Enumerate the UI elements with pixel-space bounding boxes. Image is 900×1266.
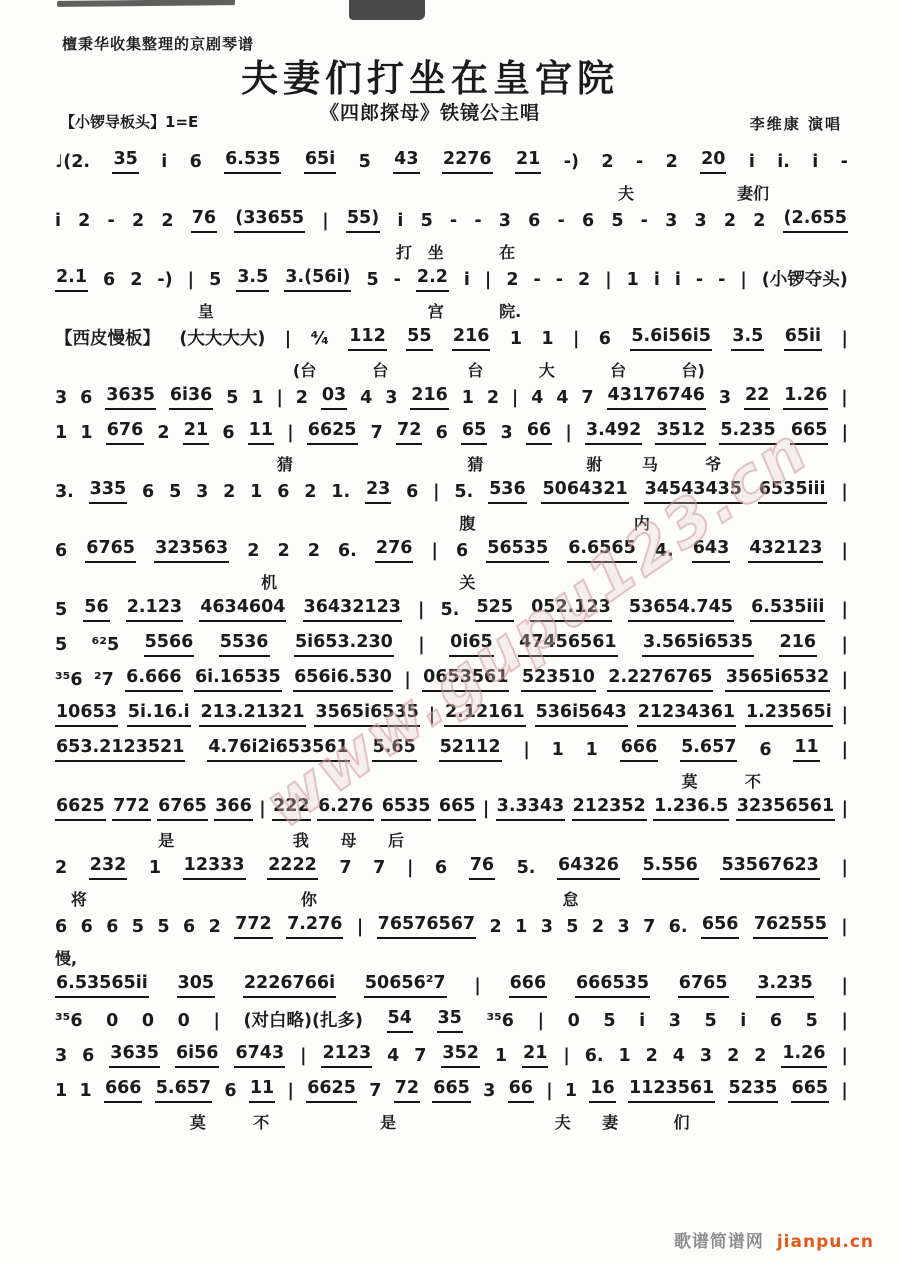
notes-token: | [429, 703, 435, 727]
notes-token: 3 [665, 209, 677, 233]
notation-line: 2232112333222277|6765.643265.55653567623… [55, 854, 848, 880]
notes-token: 3.565i6535 [642, 630, 754, 657]
lyric-syllable: 你 [301, 887, 317, 910]
lyric-syllable: 机 [261, 570, 277, 593]
notes-token: 3 [719, 386, 731, 410]
lyric-syllable: 将 [71, 887, 87, 910]
notes-token: 5 [359, 150, 371, 174]
notes-token: 2 [209, 915, 221, 939]
notes-token: 20 [700, 147, 726, 174]
lyric-line: 猜猜驸马爷 [55, 454, 848, 474]
notes-token: | [213, 1009, 219, 1033]
notes-token: i [654, 268, 660, 292]
notes-token: 32356561 [736, 794, 835, 821]
notes-token: | [605, 268, 611, 292]
lyric-syllable: 驸 [586, 452, 602, 475]
notes-token: 5235 [728, 1076, 779, 1103]
notes-token: 6765 [85, 536, 136, 563]
notes-token: 6i56 [175, 1041, 220, 1068]
notes-token: i [464, 268, 470, 292]
footer-site-name: 歌谱简谱网 [674, 1232, 764, 1252]
notes-token: | [841, 915, 847, 939]
notes-token: i [397, 209, 403, 233]
notes-token: 665 [432, 1076, 471, 1103]
notes-token: 2 [304, 480, 316, 504]
notes-token: 21 [522, 1041, 548, 1068]
notation-line: 3.33565321621.236|5.53650643213454343565… [55, 478, 848, 504]
notes-token: 1.23565i [745, 700, 833, 727]
notes-token: | [433, 480, 439, 504]
notes-token: (33655 [234, 206, 305, 233]
notes-token: 4 [531, 386, 543, 410]
lyric-syllable: 妻们 [737, 181, 769, 204]
notes-token: ⁶²5 [92, 633, 120, 657]
notes-token: 6 [222, 421, 234, 445]
notes-token: 643 [692, 536, 731, 563]
notes-token: 2 [506, 268, 518, 292]
notes-token: 7.276 [286, 912, 343, 939]
notes-token: 6 [406, 480, 418, 504]
notes-token: 2 [223, 480, 235, 504]
notes-token: 2 [727, 1044, 739, 1068]
notes-token: | [841, 974, 847, 998]
notes-token: 112 [348, 324, 387, 351]
notes-token: - [696, 268, 703, 292]
notes-token: 6 [80, 386, 92, 410]
notes-token: 2 [601, 150, 613, 174]
notes-token: | [418, 598, 424, 622]
notes-token: 6.6565 [567, 536, 637, 563]
notes-token: 5.657 [155, 1076, 212, 1103]
notes-token: 6 [770, 1009, 782, 1033]
notes-token: 3 [541, 915, 553, 939]
lyric-syllable: 台) [681, 358, 704, 381]
notes-token: i. [777, 150, 790, 174]
notes-token: 1 [55, 421, 67, 445]
notes-token: 6. [669, 915, 688, 939]
notes-token: | [276, 386, 282, 410]
notes-token: 53567623 [720, 853, 819, 880]
lyric-syllable: 台 [467, 358, 483, 381]
notes-token: 5064321 [541, 477, 628, 504]
notes-token: 6625 [55, 794, 106, 821]
notes-token: 76576567 [377, 912, 476, 939]
notes-token: 2 [247, 539, 259, 563]
notes-token: 66 [526, 418, 552, 445]
notes-token: ³⁵6 [486, 1009, 514, 1033]
notes-token: | [841, 856, 847, 880]
notes-token: - [641, 209, 648, 233]
notes-token: 5536 [219, 630, 270, 657]
notes-token: 1 [510, 327, 522, 351]
notes-token: 2 [308, 539, 320, 563]
notes-token: 55 [406, 324, 432, 351]
notes-token: 5 [421, 209, 433, 233]
notes-token: 6 [82, 1044, 94, 1068]
notes-token: | [842, 633, 848, 657]
notes-token: | [841, 480, 847, 504]
notation-line: 5562.123463460436432123|5.525052.1235365… [55, 596, 848, 622]
notes-token: 2.2276765 [607, 665, 713, 692]
notes-token: 56535 [486, 536, 549, 563]
notes-token: 7 [643, 915, 655, 939]
notes-token: | [259, 797, 265, 821]
notes-token: | [546, 1079, 552, 1103]
notes-token: 5.65 [372, 735, 417, 762]
notes-token: 665 [790, 418, 829, 445]
lyric-syllable: 母 [340, 828, 356, 851]
notes-token: 5 [169, 480, 181, 504]
lyric-line: 夫妻们 [55, 183, 848, 203]
notes-token: (小锣夺头) [762, 268, 848, 292]
footer-site-credit: 歌谱简谱网 jianpu.cn [674, 1227, 874, 1252]
notes-token: 0 [106, 1009, 118, 1033]
notes-token: 6625 [307, 418, 358, 445]
notes-token: 7 [369, 1079, 381, 1103]
notes-token: 335 [89, 477, 128, 504]
notes-token: 5 [566, 915, 578, 939]
notes-token: 5 [209, 268, 221, 292]
notes-token: 11 [248, 418, 274, 445]
lyric-syllable: 们 [674, 1110, 690, 1133]
notes-token: 3.5 [236, 265, 269, 292]
notes-token: 1 [250, 480, 262, 504]
notes-token: (对白略)(扎多) [243, 1009, 363, 1033]
notes-token: | [538, 1009, 544, 1033]
notes-token: 5i.16.i [127, 700, 191, 727]
notes-token: 432123 [748, 536, 823, 563]
sheet-page: 檀秉华收集整理的京剧琴谱 夫妻们打坐在皇宫院 《四郎探母》铁镜公主唱 【小锣导板… [0, 0, 900, 1266]
notes-token: 1 [149, 856, 161, 880]
notes-token: 2 [132, 209, 144, 233]
notes-token: 23 [365, 477, 391, 504]
notes-token: 3. [55, 480, 74, 504]
notes-token: 666 [620, 735, 659, 762]
lyric-line: 皇宫院. [55, 301, 848, 321]
notes-token: 2 [55, 856, 67, 880]
notes-token: 7 [373, 856, 385, 880]
notes-token: 6.666 [125, 665, 182, 692]
notes-token: 2.2 [416, 265, 449, 292]
notes-token: 7 [414, 1044, 426, 1068]
notes-token: 5 [366, 268, 378, 292]
notes-token: 305 [177, 971, 216, 998]
notes-token: 4 [387, 1044, 399, 1068]
notes-token: 2 [724, 209, 736, 233]
lyric-syllable: 内 [634, 511, 650, 534]
notes-token: - [534, 268, 541, 292]
lyric-syllable: 台 [372, 358, 388, 381]
notes-token: 50656²7 [364, 971, 447, 998]
notes-token: 21234361 [637, 700, 736, 727]
notes-token: - [556, 268, 563, 292]
notes-token: 2123 [321, 1041, 372, 1068]
notes-token: 6 [183, 915, 195, 939]
notes-token: 66 [508, 1076, 534, 1103]
notes-token: 03 [321, 383, 347, 410]
notes-token: 6 [528, 209, 540, 233]
notes-token: 6535iii [758, 477, 827, 504]
lyric-syllable: 马 [642, 452, 658, 475]
lyric-line: 莫不是夫妻们 [55, 1112, 848, 1132]
notes-token: 3 [196, 480, 208, 504]
notation-line: 116665.657611|6625772665366|116112356152… [55, 1077, 848, 1103]
notes-token: 216 [452, 324, 491, 351]
notes-token: | [485, 268, 491, 292]
notes-token: 5566 [144, 630, 195, 657]
notes-token: 5 [55, 633, 67, 657]
notes-token: 1123561 [628, 1076, 715, 1103]
notes-token: | [563, 1044, 569, 1068]
lyric-syllable: 院. [499, 299, 521, 322]
notes-token: 6 [142, 480, 154, 504]
score: ♩(2.35i66.53565i543227621-)2-220ii.i-夫妻们… [55, 148, 848, 1136]
notes-token: | [842, 421, 848, 445]
lyric-syllable: 怠 [563, 887, 579, 910]
notes-token: | [188, 268, 194, 292]
notes-token: 3 [385, 386, 397, 410]
notes-token: | [404, 668, 410, 692]
notes-token: 0i65 [449, 630, 494, 657]
lyric-syllable: 猜 [277, 452, 293, 475]
notes-token: 5 [157, 915, 169, 939]
lyric-syllable: 关 [459, 570, 475, 593]
notation-line: ♩(2.35i66.53565i543227621-)2-220ii.i- [55, 148, 848, 174]
notation-line: 3636356i3651|2034321612|447431767463221.… [55, 384, 848, 410]
lyric-line: 腹内 [55, 513, 848, 533]
notes-token: 6 [55, 539, 67, 563]
notes-token: 5 [603, 1009, 615, 1033]
notes-token: 21 [515, 147, 541, 174]
notes-token: (大大大大) [179, 327, 265, 351]
notes-token: 772 [112, 794, 151, 821]
notes-token: 3565i6532 [725, 665, 830, 692]
lyric-line: (台台台大台台) [55, 360, 848, 380]
notes-token: 5.657 [680, 735, 737, 762]
notes-token: 1.26 [781, 1041, 826, 1068]
lyric-syllable: 是 [158, 828, 174, 851]
notes-token: 2226766i [243, 971, 336, 998]
notes-token: 5. [517, 856, 536, 880]
notes-token: 65ii [784, 324, 822, 351]
notes-token: | [842, 738, 848, 762]
lyric-syllable: 夫 [618, 181, 634, 204]
notation-line: 653.21235214.76i2i6535615.6552112|116665… [55, 736, 848, 762]
notes-token: 352 [441, 1041, 480, 1068]
notes-token: 5.556 [642, 853, 699, 880]
notes-token: 36432123 [303, 595, 402, 622]
notes-token: 3 [483, 1079, 495, 1103]
notation-line: i2-2276(33655|55)i5--36-65-3322(2.655 [55, 207, 848, 233]
scan-artifact [57, 0, 235, 7]
lyric-syllable: 爷 [705, 452, 721, 475]
lyric-syllable: 我 [293, 828, 309, 851]
lyric-line: 莫不 [55, 771, 848, 791]
notes-token: 2 [78, 209, 90, 233]
notes-token: 6 [582, 209, 594, 233]
notes-token: 3512 [655, 418, 706, 445]
notes-token: 2 [666, 150, 678, 174]
notes-token: 3 [55, 386, 67, 410]
footer-site-url: jianpu.cn [777, 1232, 874, 1252]
notes-token: 772 [234, 912, 273, 939]
notes-token: - [636, 150, 643, 174]
notes-token: 2 [161, 209, 173, 233]
notes-token: 54 [387, 1006, 413, 1033]
notes-token: 6. [585, 1044, 604, 1068]
notes-token: 1 [80, 421, 92, 445]
notes-token: 2.123 [126, 595, 183, 622]
notes-token: | [288, 1079, 294, 1103]
notes-token: | [573, 327, 579, 351]
notes-token: 65 [461, 418, 487, 445]
notes-token: | [300, 1044, 306, 1068]
notes-token: 6 [103, 268, 115, 292]
notes-token: i [55, 209, 61, 233]
notes-token: 216 [779, 630, 818, 657]
notes-token: 1 [619, 1044, 631, 1068]
lyric-syllable: 莫 [190, 1110, 206, 1133]
notes-token: - [841, 150, 848, 174]
notes-token: 3 [499, 209, 511, 233]
notes-token: 762555 [753, 912, 828, 939]
notes-token: 6765 [157, 794, 208, 821]
notes-token: 6.276 [317, 794, 374, 821]
notes-token: 1 [552, 738, 564, 762]
lyric-syllable: 不 [253, 1110, 269, 1133]
notes-token: 213.21321 [199, 700, 305, 727]
notes-token: 3.(56i) [284, 265, 351, 292]
notes-token: 6765 [678, 971, 729, 998]
notes-token: 12333 [183, 853, 246, 880]
notes-token: 6 [436, 421, 448, 445]
notes-token: 3.492 [585, 418, 642, 445]
notes-token: 656 [701, 912, 740, 939]
notes-token: 3 [700, 1044, 712, 1068]
notes-token: 5 [132, 915, 144, 939]
song-title: 夫妻们打坐在皇宫院 [0, 48, 860, 102]
notes-token: | [740, 268, 746, 292]
notes-token: 5 [55, 598, 67, 622]
notes-token: 536 [488, 477, 527, 504]
notes-token: 666535 [575, 971, 650, 998]
notes-token: | [842, 797, 848, 821]
notes-token: 1.26 [783, 383, 828, 410]
tempo-marking: 【小锣导板头】1=E [60, 111, 198, 132]
notation-line: 66655627727.276|7657656721352376.6567625… [55, 913, 848, 939]
notes-token: 3 [617, 915, 629, 939]
notes-token: 6i.16535 [194, 665, 282, 692]
notes-token: 22 [744, 383, 770, 410]
notation-line: 5⁶²5556655365i653.230|0i65474565613.565i… [55, 631, 848, 657]
notes-token: | [287, 421, 293, 445]
notes-token: 656i6.530 [293, 665, 393, 692]
notes-token: | [322, 209, 328, 233]
notes-token: 16 [589, 1076, 615, 1103]
notes-token: 1.236.5 [653, 794, 729, 821]
notes-token: 6 [55, 915, 67, 939]
notes-token: 35 [112, 147, 138, 174]
notes-token: 5 [806, 1009, 818, 1033]
notes-token: 4. [655, 539, 674, 563]
notation-line: 11676221611|6625772665366|3.49235125.235… [55, 419, 848, 445]
notes-token: 7 [581, 386, 593, 410]
notes-token: 5. [441, 598, 460, 622]
notes-token: i [675, 268, 681, 292]
notes-token: 222 [272, 794, 311, 821]
notes-token: 4 [360, 386, 372, 410]
notes-token: 64326 [557, 853, 620, 880]
notes-token: 4.76i2i653561 [207, 735, 349, 762]
notes-token: | [841, 386, 847, 410]
notes-token: ³⁵6 [55, 668, 83, 692]
notes-token: | [565, 421, 571, 445]
notes-token: 276 [375, 536, 414, 563]
notes-token: 2 [296, 386, 308, 410]
notes-token: 6.53565ii [55, 971, 149, 998]
lyric-line: 打坐在 [55, 242, 848, 262]
notes-token: 5 [705, 1009, 717, 1033]
notes-token: 5.6i56i5 [630, 324, 712, 351]
notes-token: 35 [437, 1006, 463, 1033]
notes-token: | [357, 915, 363, 939]
notes-token: | [474, 974, 480, 998]
notes-token: i [161, 150, 167, 174]
notes-token: 366 [214, 794, 253, 821]
notes-token: 76 [191, 206, 217, 233]
notes-token: 4634604 [199, 595, 286, 622]
lyric-syllable: 不 [745, 769, 761, 792]
notes-token: 665 [791, 1076, 830, 1103]
notes-token: 43176746 [607, 383, 706, 410]
notation-line: 【西皮慢板】(大大大大)|⁴⁄₄1125521611|65.6i56i53.56… [55, 325, 848, 351]
notes-token: 【西皮慢板】 [55, 327, 160, 351]
notes-token: -) [157, 268, 172, 292]
notes-token: 1 [565, 1079, 577, 1103]
lyric-line: 是我母后 [55, 830, 848, 850]
notation-line: 66257726765366|2226.2766535665|3.3343212… [55, 795, 848, 821]
notes-token: 65i [304, 147, 336, 174]
notes-token: 6. [338, 539, 357, 563]
notes-token: 11 [793, 735, 819, 762]
notes-token: 052.123 [530, 595, 612, 622]
notes-token: i [812, 150, 818, 174]
notes-token: 216 [410, 383, 449, 410]
notes-token: 1. [331, 480, 350, 504]
notes-token: 5 [611, 209, 623, 233]
notes-token: 76 [469, 853, 495, 880]
notes-token: ⁴⁄₄ [311, 327, 329, 351]
notes-token: 3565i6535 [314, 700, 419, 727]
notes-token: 525 [475, 595, 514, 622]
notes-token: 6 [190, 150, 202, 174]
notes-token: 2 [753, 209, 765, 233]
notes-token: | [483, 797, 489, 821]
notes-token: | [407, 856, 413, 880]
notes-token: 6743 [234, 1041, 285, 1068]
notes-token: 3635 [109, 1041, 160, 1068]
lyric-syllable: 妻 [602, 1110, 618, 1133]
notes-token: 1 [462, 386, 474, 410]
notes-token: i [740, 1009, 746, 1033]
notes-token: 232 [89, 853, 128, 880]
notes-token: ³⁵6 [55, 1009, 83, 1033]
notes-token: - [474, 209, 481, 233]
lyric-line: 将你怠 [55, 889, 848, 909]
notes-token: 323563 [154, 536, 229, 563]
notes-token: 3 [694, 209, 706, 233]
notes-token: 6535 [381, 794, 432, 821]
